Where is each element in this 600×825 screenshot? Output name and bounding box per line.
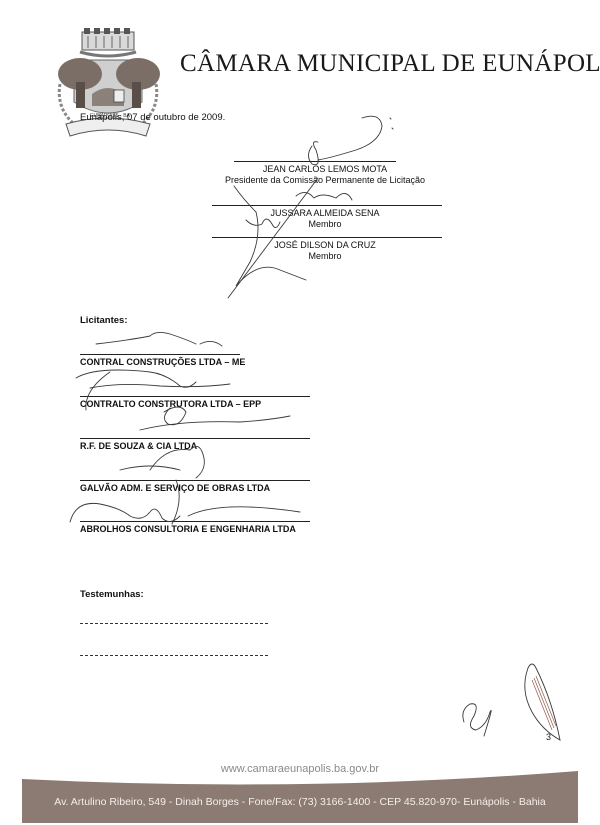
bidder-name: GALVÃO ADM. E SERVIÇO DE OBRAS LTDA	[80, 483, 270, 493]
commission-member-name: JUSSARA ALMEIDA SENA	[210, 208, 440, 218]
signature-line	[234, 161, 396, 162]
signature-line	[80, 480, 310, 481]
coat-of-arms-logo	[52, 24, 164, 144]
bidder-name: R.F. DE SOUZA & CIA LTDA	[80, 441, 197, 451]
signature-line	[212, 237, 442, 238]
commission-member-name: JOSÉ DILSON DA CRUZ	[210, 240, 440, 250]
witnesses-label: Testemunhas:	[80, 589, 144, 600]
document-title: CÂMARA MUNICIPAL DE EUNÁPOLIS	[180, 50, 600, 78]
signature-line	[80, 521, 310, 522]
footer-address: Av. Artulino Ribeiro, 549 - Dinah Borges…	[22, 796, 578, 808]
witness-signature-line	[80, 655, 268, 656]
bidder-name: ABROLHOS CONSULTORIA E ENGENHARIA LTDA	[80, 524, 296, 534]
commission-member-name: JEAN CARLOS LEMOS MOTA	[210, 164, 440, 174]
bidder-name: CONTRALTO CONSTRUTORA LTDA – EPP	[80, 399, 261, 409]
signature-line	[80, 438, 310, 439]
page-number: 3	[546, 732, 551, 742]
signature-line	[212, 205, 442, 206]
witness-signature-line	[80, 623, 268, 624]
bidder-name: CONTRAL CONSTRUÇÕES LTDA – ME	[80, 357, 245, 367]
bidders-label: Licitantes:	[80, 315, 128, 326]
coat-of-arms-icon	[52, 24, 164, 144]
commission-member-role: Presidente da Comissão Permanente de Lic…	[200, 175, 450, 185]
commission-member-role: Membro	[210, 219, 440, 229]
date-line: Eunápolis, 07 de outubro de 2009.	[80, 112, 225, 123]
signature-line	[80, 396, 310, 397]
signature-line	[80, 354, 240, 355]
commission-member-role: Membro	[210, 251, 440, 261]
